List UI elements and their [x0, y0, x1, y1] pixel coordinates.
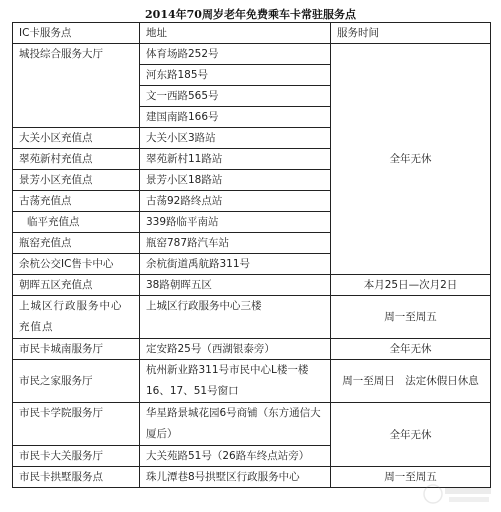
header-service-hours: 服务时间	[331, 23, 491, 44]
service-point-cell: 市民之家服务厅	[13, 360, 140, 403]
service-point-cell: 市民卡城南服务厅	[13, 339, 140, 360]
service-point-cell: 临平充值点	[13, 212, 140, 233]
address-cell: 景芳小区18路站	[140, 170, 331, 191]
service-point-cell: 景芳小区充值点	[13, 170, 140, 191]
address-cell: 古荡92路终点站	[140, 191, 331, 212]
service-point-cell: 瓶窑充值点	[13, 233, 140, 254]
header-address: 地址	[140, 23, 331, 44]
address-cell: 文一西路565号	[140, 86, 331, 107]
service-point-cell: 城投综合服务大厅	[13, 44, 140, 128]
service-hours-cell: 全年无休	[331, 339, 491, 360]
address-cell: 上城区行政服务中心三楼	[140, 296, 331, 339]
watermark-logo-icon	[423, 482, 493, 506]
service-point-cell: 余杭公交IC售卡中心	[13, 254, 140, 275]
table-row: 市民卡城南服务厅 定安路25号（西湖银泰旁） 全年无休	[13, 339, 491, 360]
service-point-cell: 大关小区充值点	[13, 128, 140, 149]
service-point-cell: 古荡充值点	[13, 191, 140, 212]
table-header-row: IC卡服务点 地址 服务时间	[13, 23, 491, 44]
table-row: 市民之家服务厅 杭州新业路311号市民中心L楼一楼16、17、51号窗口 周一至…	[13, 360, 491, 403]
address-cell: 瓶窑787路汽车站	[140, 233, 331, 254]
address-cell: 体育场路252号	[140, 44, 331, 65]
service-point-cell: 朝晖五区充值点	[13, 275, 140, 296]
service-point-cell: 市民卡学院服务厅	[13, 403, 140, 446]
table-row: 市民卡拱墅服务点 珠儿潭巷8号拱墅区行政服务中心 周一至周五	[13, 467, 491, 488]
address-cell: 定安路25号（西湖银泰旁）	[140, 339, 331, 360]
table-row: 上城区行政服务中心充值点 上城区行政服务中心三楼 周一至周五	[13, 296, 491, 339]
service-point-cell: 市民卡拱墅服务点	[13, 467, 140, 488]
header-service-point: IC卡服务点	[13, 23, 140, 44]
service-points-table: IC卡服务点 地址 服务时间 城投综合服务大厅 体育场路252号 全年无休 河东…	[12, 22, 491, 488]
address-cell: 华星路景城花园6号商铺（东方通信大厦后）	[140, 403, 331, 446]
table-row: 市民卡学院服务厅 华星路景城花园6号商铺（东方通信大厦后） 全年无休	[13, 403, 491, 446]
table-row: 朝晖五区充值点 38路朝晖五区 本月25日—次月2日	[13, 275, 491, 296]
address-cell: 杭州新业路311号市民中心L楼一楼16、17、51号窗口	[140, 360, 331, 403]
address-cell: 河东路185号	[140, 65, 331, 86]
table-row: 城投综合服务大厅 体育场路252号 全年无休	[13, 44, 491, 65]
service-hours-cell: 周一至周五	[331, 296, 491, 339]
service-point-cell: 市民卡大关服务厅	[13, 446, 140, 467]
service-point-cell: 翠苑新村充值点	[13, 149, 140, 170]
service-hours-cell: 本月25日—次月2日	[331, 275, 491, 296]
address-cell: 建国南路166号	[140, 107, 331, 128]
address-cell: 珠儿潭巷8号拱墅区行政服务中心	[140, 467, 331, 488]
address-cell: 余杭街道禹航路311号	[140, 254, 331, 275]
service-hours-cell: 全年无休	[331, 403, 491, 467]
service-hours-cell: 周一至周日 法定休假日休息	[331, 360, 491, 403]
service-hours-cell: 全年无休	[331, 44, 491, 275]
address-cell: 大关小区3路站	[140, 128, 331, 149]
address-cell: 翠苑新村11路站	[140, 149, 331, 170]
address-cell: 大关苑路51号（26路车终点站旁）	[140, 446, 331, 467]
page-title: 2014年70周岁老年免费乘车卡常驻服务点	[0, 6, 501, 22]
address-cell: 38路朝晖五区	[140, 275, 331, 296]
service-point-cell: 上城区行政服务中心充值点	[13, 296, 140, 339]
address-cell: 339路临平南站	[140, 212, 331, 233]
